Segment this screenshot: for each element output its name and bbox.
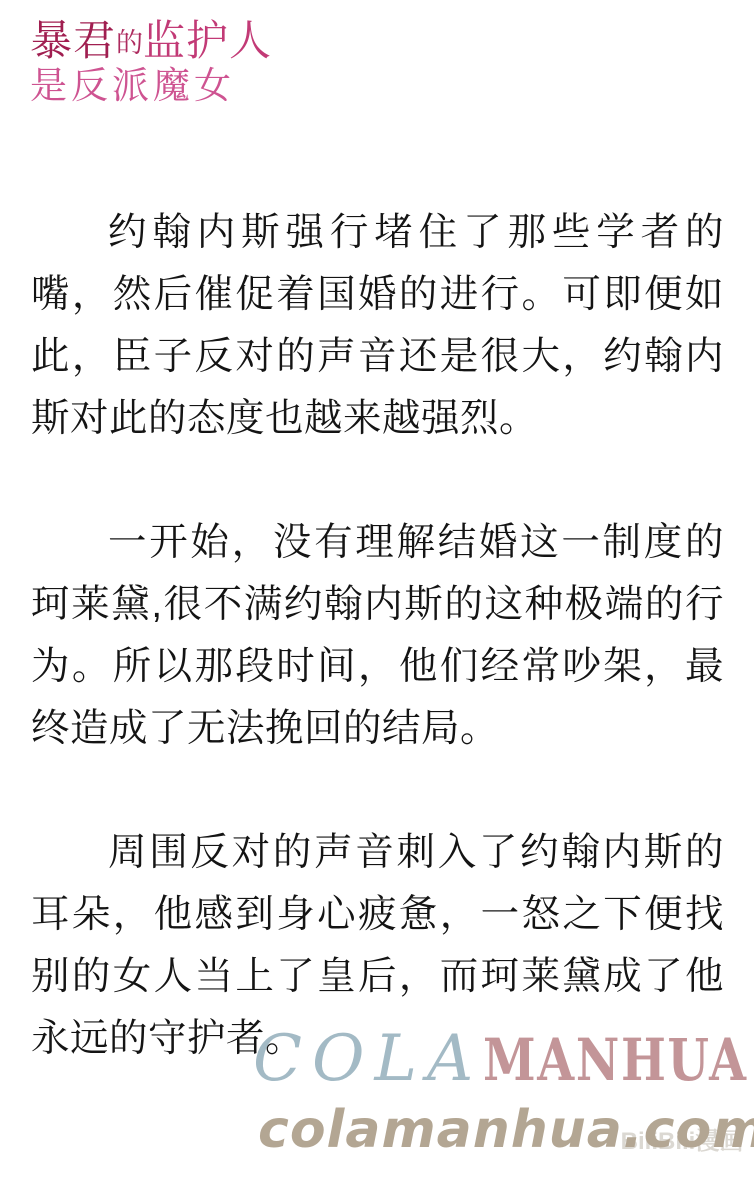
site-url-watermark: colamanhua.com <box>258 1100 754 1160</box>
story-text-block: 约翰内斯强行堵住了那些学者的嘴，然后催促着国婚的进行。可即便如此，臣子反对的声音… <box>31 202 724 1070</box>
story-paragraph-2: 一开始，没有理解结婚这一制度的珂莱黛,很不满约翰内斯的这种极端的行为。所以那段时… <box>31 512 724 760</box>
story-paragraph-1: 约翰内斯强行堵住了那些学者的嘴，然后催促着国婚的进行。可即便如此，臣子反对的声音… <box>31 202 724 450</box>
colamanhua-brand-watermark: COLAMANHUA <box>253 1022 754 1096</box>
manhua-text-page: 暴君的监护人 是反派魔女 约翰内斯强行堵住了那些学者的嘴，然后催促着国婚的进行。… <box>0 0 754 1191</box>
series-logo-line1: 暴君的监护人 <box>30 18 272 64</box>
logo-text-de: 的 <box>116 28 143 59</box>
cola-script-text: COLA <box>253 1022 483 1096</box>
logo-text-baojun: 暴君 <box>30 16 116 65</box>
logo-text-jianhuren: 监护人 <box>143 16 272 65</box>
series-logo: 暴君的监护人 是反派魔女 <box>30 18 272 107</box>
manhua-serif-text: MANHUA <box>483 1026 748 1094</box>
series-logo-line2: 是反派魔女 <box>30 66 272 107</box>
